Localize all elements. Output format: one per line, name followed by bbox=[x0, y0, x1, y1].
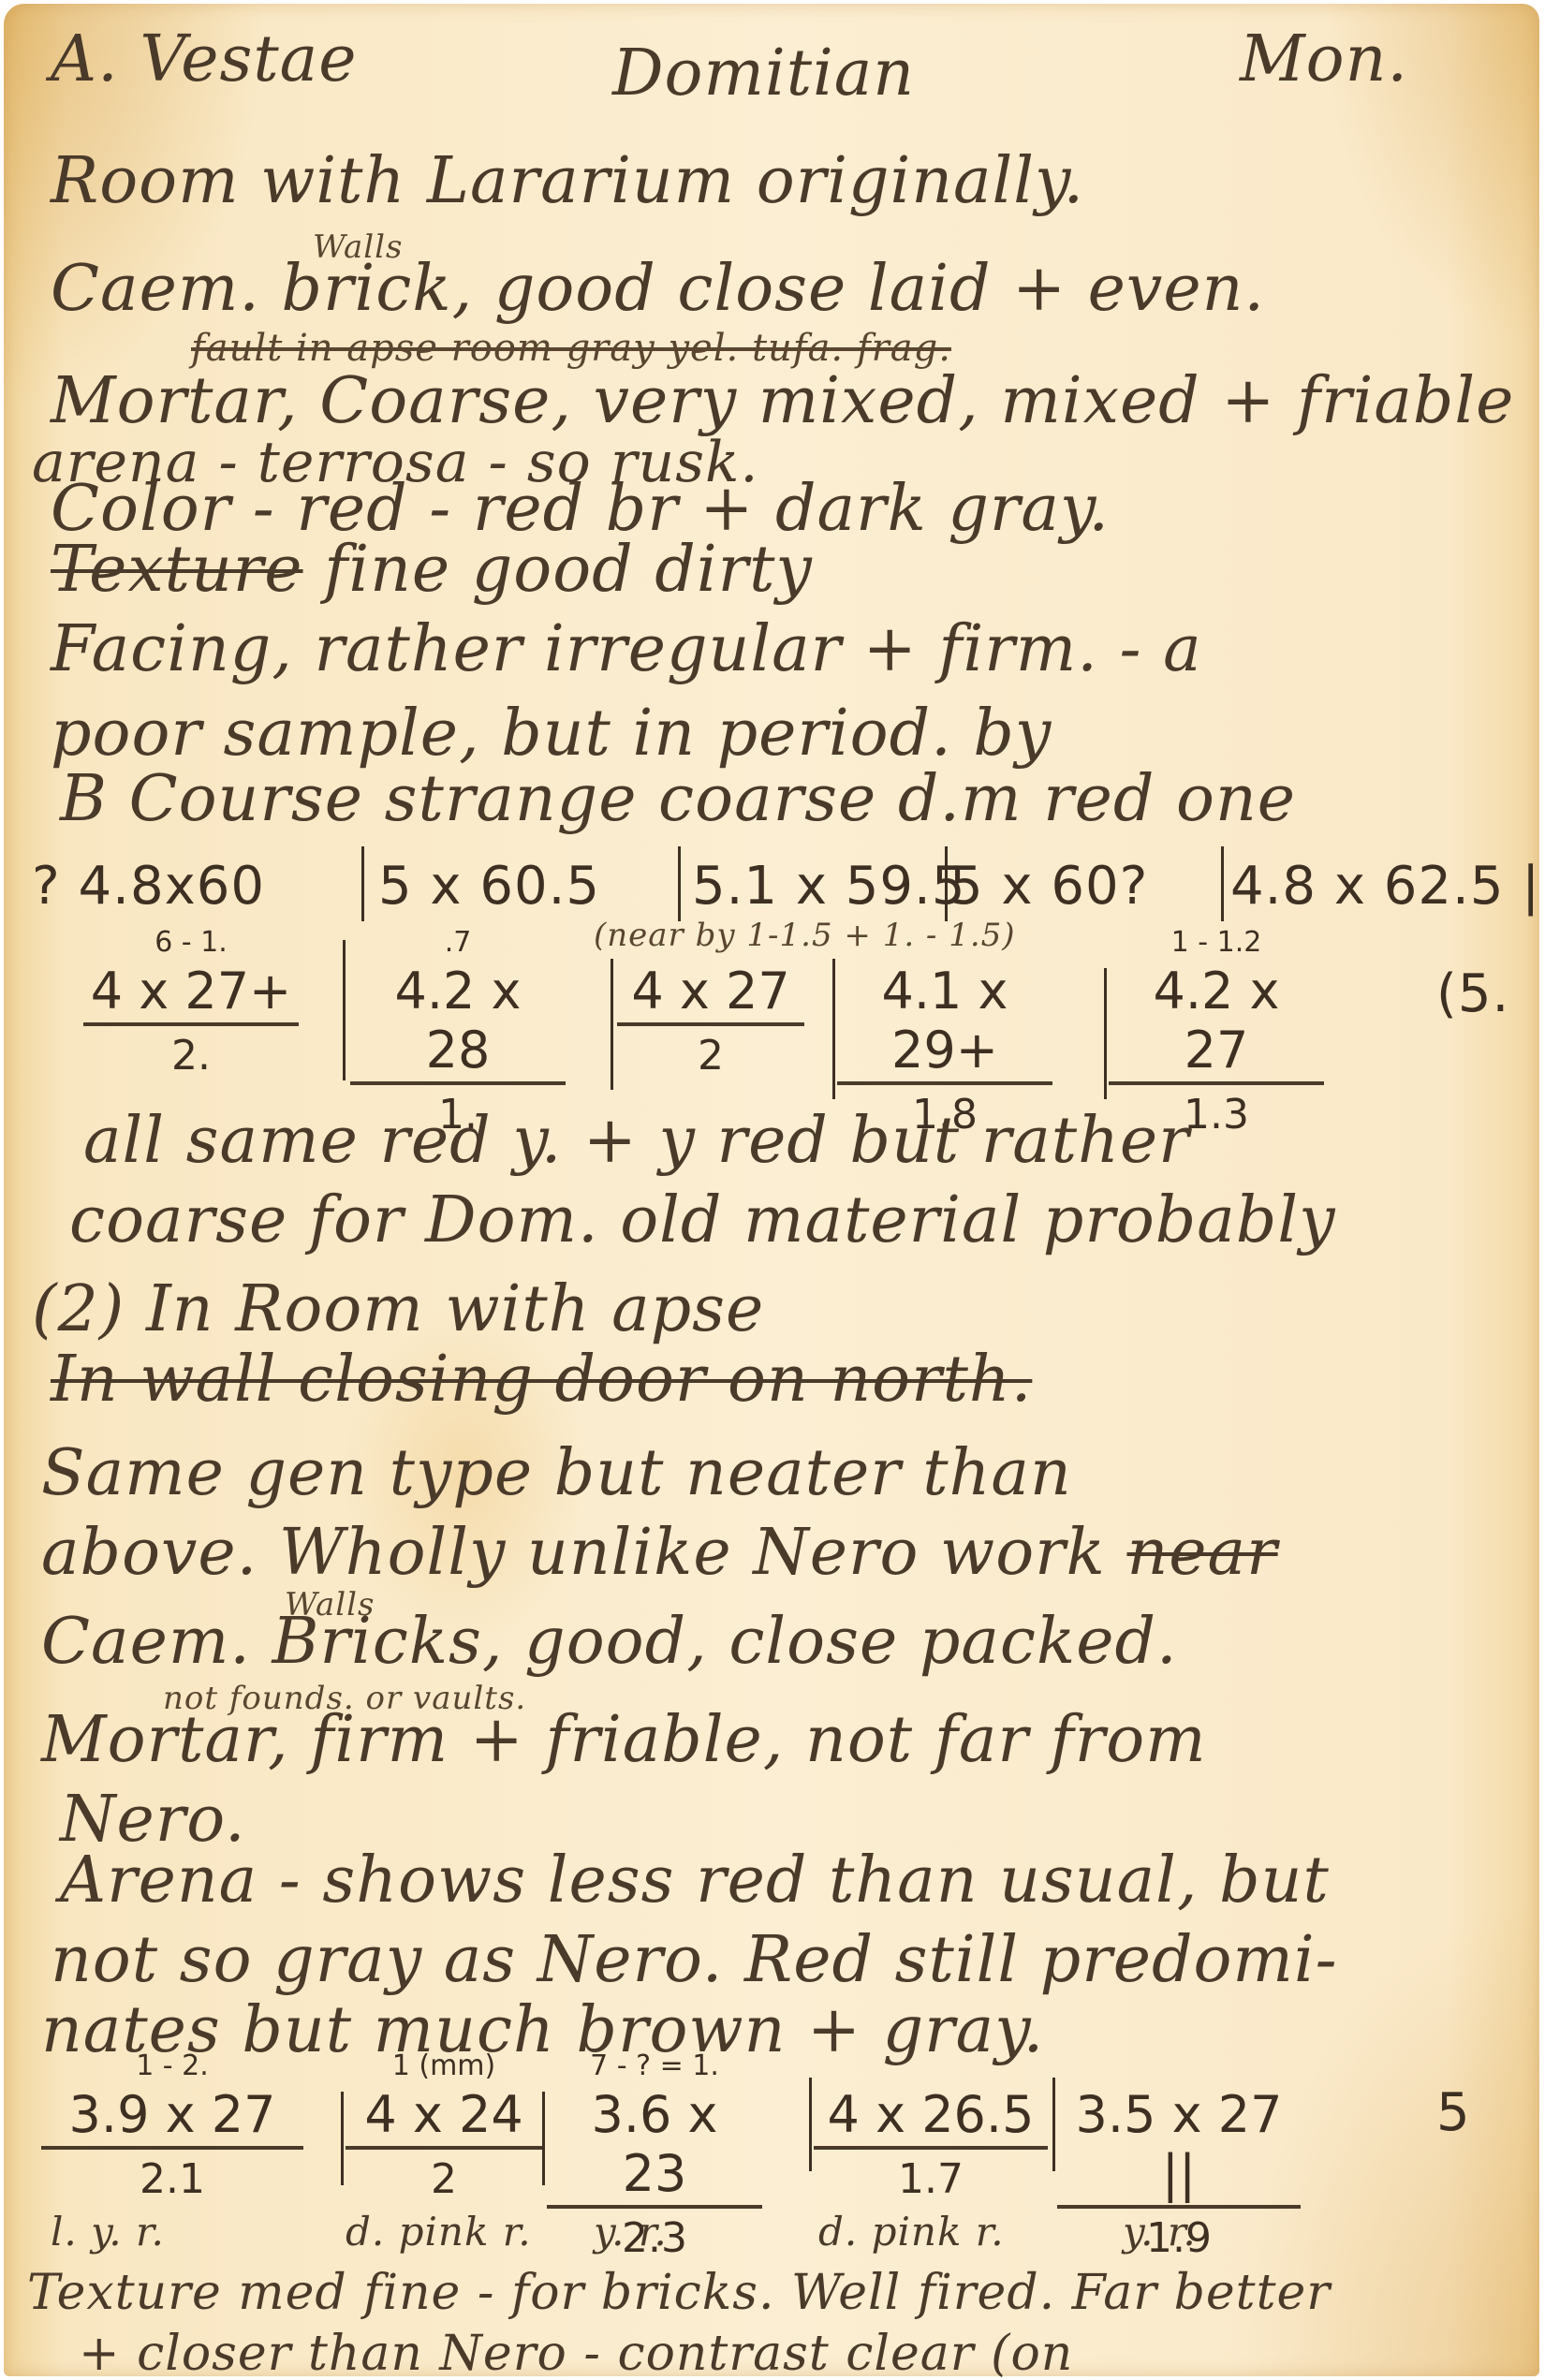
divider bbox=[945, 846, 948, 921]
note-line: Mortar, Coarse, very mixed, mixed + fria… bbox=[51, 364, 1514, 438]
note-line: all same red y. + y red but rather bbox=[83, 1104, 1190, 1178]
brick-measurement: 1 (mm) 4 x 24 2 bbox=[346, 2049, 542, 2203]
brick-measurement: 4 x 27 2 bbox=[617, 926, 804, 1080]
count-note: 5 bbox=[1436, 2082, 1471, 2143]
color-code: y. r. bbox=[594, 2209, 668, 2255]
note-line: B Course strange coarse d.m red one bbox=[60, 762, 1296, 836]
divider bbox=[343, 940, 346, 1080]
note-line: Room with Lararium originally. bbox=[51, 144, 1084, 218]
note-line: poor sample, but in period. by bbox=[51, 697, 1052, 771]
note-line: not so gray as Nero. Red still predomi- bbox=[51, 1923, 1338, 1997]
note-line: Mortar, firm + friable, not far from bbox=[41, 1703, 1207, 1777]
header-right: Mon. bbox=[1240, 22, 1408, 96]
divider bbox=[361, 846, 364, 921]
note-line: Caem. Bricks, good, close packed. bbox=[41, 1605, 1178, 1679]
color-code: y. r. bbox=[1123, 2209, 1197, 2255]
divider bbox=[809, 2078, 812, 2171]
note-line: coarse for Dom. old material probably bbox=[69, 1183, 1336, 1257]
measurement: 4.8 x 62.5 || bbox=[1230, 856, 1545, 917]
divider bbox=[542, 2092, 545, 2185]
brick-measurement: 6 - 1. 4 x 27+ 2. bbox=[83, 926, 299, 1080]
divider bbox=[611, 959, 613, 1090]
header-left: A. Vestae bbox=[51, 22, 357, 96]
struck-word: near bbox=[1126, 1516, 1277, 1590]
struck-word: Texture bbox=[51, 533, 303, 607]
measurement: 5.1 x 59.5 bbox=[692, 856, 966, 917]
note-line: Texture med fine - for bricks. Well fire… bbox=[27, 2265, 1331, 2321]
divider bbox=[1052, 2078, 1055, 2171]
note-line: (2) In Room with apse bbox=[32, 1272, 764, 1346]
note-card: A. Vestae Domitian Mon. Room with Larari… bbox=[4, 4, 1539, 2376]
color-code: d. pink r. bbox=[346, 2209, 532, 2255]
measurement: 5 x 60? bbox=[949, 856, 1148, 917]
brick-measurement: 4 x 26.5 1.7 bbox=[814, 2049, 1048, 2203]
measurement: ? 4.8x60 bbox=[32, 856, 265, 917]
header-center: Domitian bbox=[612, 37, 915, 110]
measurement: 5 x 60.5 bbox=[378, 856, 600, 917]
struck-note: In wall closing door on north. bbox=[51, 1343, 1032, 1417]
divider bbox=[1221, 846, 1224, 921]
count-note: (5. bbox=[1436, 963, 1509, 1024]
divider bbox=[832, 959, 835, 1099]
divider bbox=[1104, 968, 1107, 1099]
color-code: d. pink r. bbox=[818, 2209, 1005, 2255]
note-line: + closer than Nero - contrast clear (on bbox=[79, 2326, 1073, 2380]
note-line: Facing, rather irregular + firm. - a bbox=[51, 612, 1202, 686]
note-line: fine good dirty bbox=[324, 533, 813, 607]
brick-measurement: 1 - 2. 3.9 x 27 2.1 bbox=[41, 2049, 303, 2203]
divider bbox=[341, 2092, 344, 2185]
color-code: l. y. r. bbox=[51, 2209, 165, 2255]
note-line: above. Wholly unlike Nero work bbox=[41, 1516, 1106, 1590]
note-line: Arena - shows less red than usual, but bbox=[60, 1844, 1330, 1917]
divider bbox=[678, 846, 681, 921]
note-line: Caem. brick, good close laid + even. bbox=[51, 252, 1265, 326]
note-line: Same gen type but neater than bbox=[41, 1436, 1072, 1510]
